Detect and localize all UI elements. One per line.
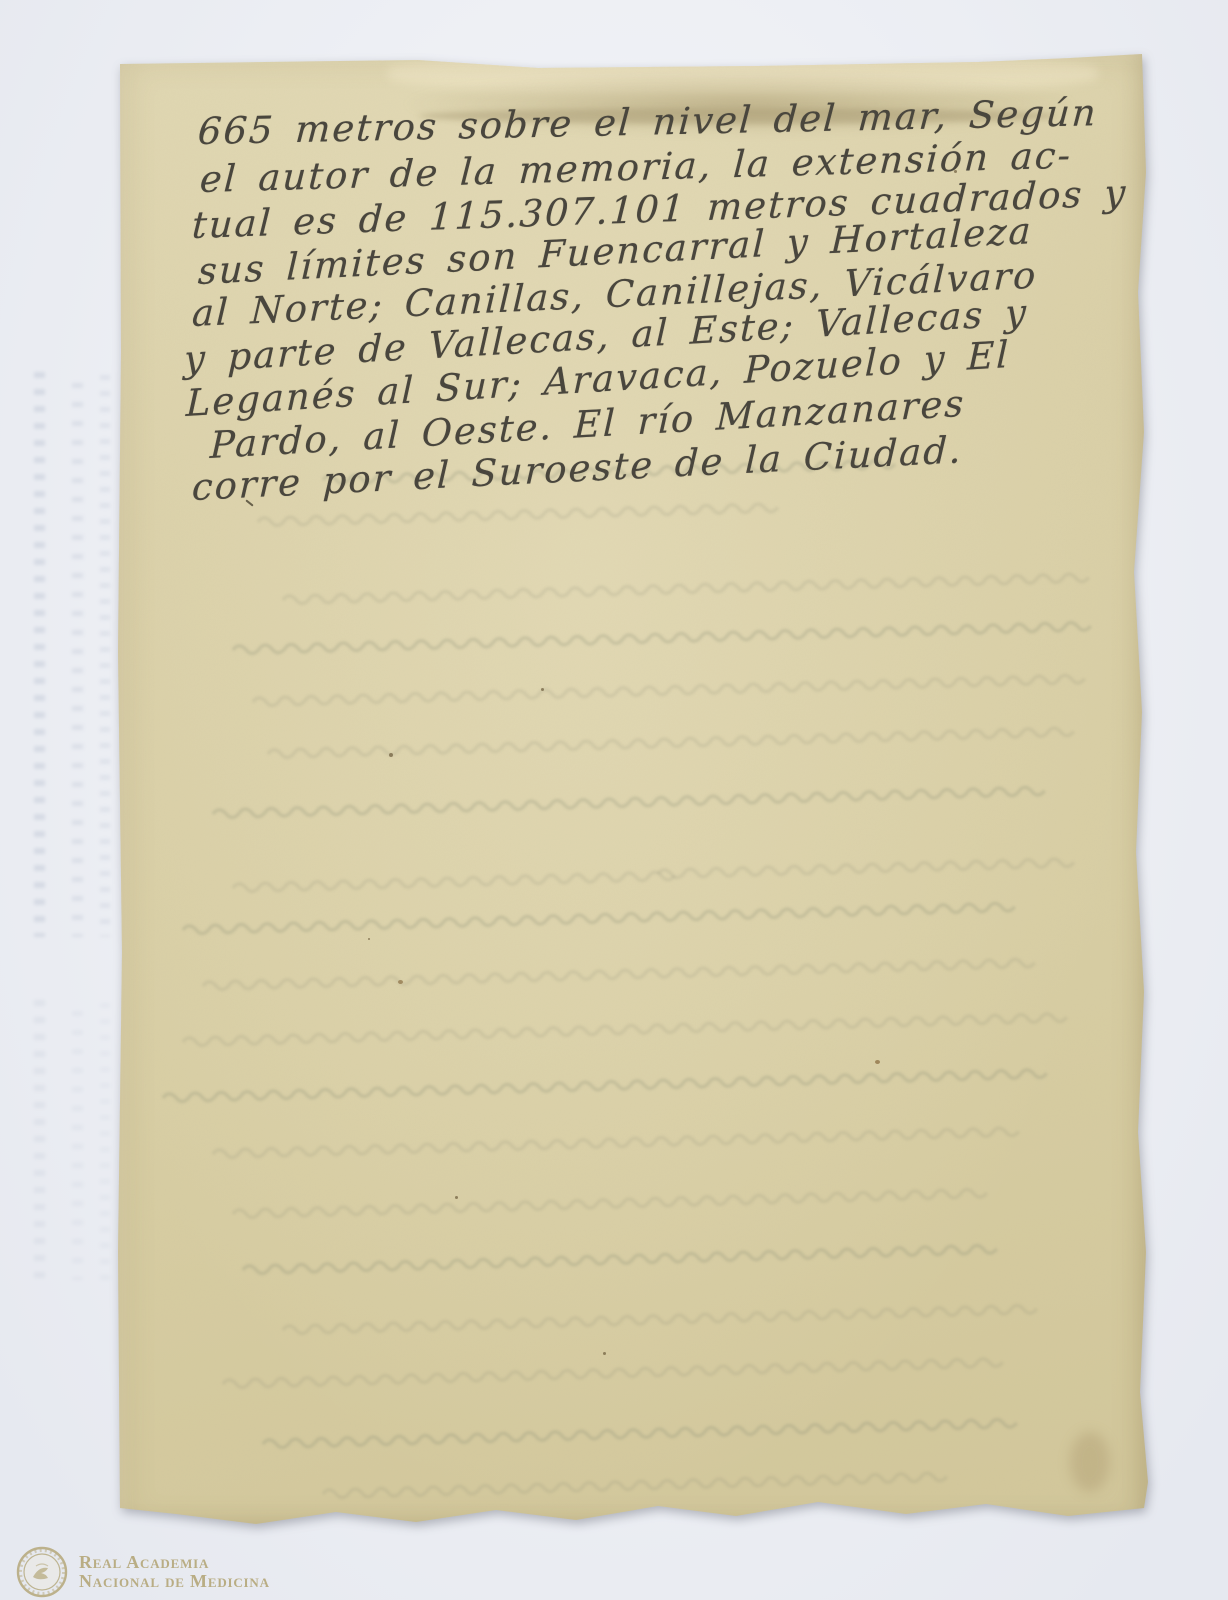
foxing-speck bbox=[875, 1060, 880, 1064]
foxing-speck bbox=[603, 1352, 606, 1355]
ranm-watermark: Real Academia Nacional de Medicina bbox=[16, 1546, 270, 1598]
ranm-seal-icon bbox=[16, 1546, 68, 1598]
margin-ghost-text bbox=[28, 372, 114, 937]
margin-ghost-text-lower bbox=[28, 1000, 114, 1280]
foxing-speck bbox=[455, 1196, 458, 1199]
foxing-speck bbox=[398, 980, 403, 984]
foxing-speck bbox=[389, 753, 393, 757]
paper-sheet: 665 metros sobre el nivel del mar, Según… bbox=[118, 52, 1148, 1532]
scanned-manuscript-page: 665 metros sobre el nivel del mar, Según… bbox=[0, 0, 1228, 1600]
foxing-speck bbox=[541, 688, 544, 691]
top-edge-light-patch bbox=[388, 52, 1098, 94]
manuscript-paper: 665 metros sobre el nivel del mar, Según… bbox=[118, 52, 1148, 1532]
edge-smudge bbox=[1070, 1432, 1110, 1492]
watermark-line1: Real Academia bbox=[79, 1553, 270, 1572]
watermark-line2: Nacional de Medicina bbox=[79, 1572, 270, 1591]
foxing-speck bbox=[368, 938, 370, 940]
